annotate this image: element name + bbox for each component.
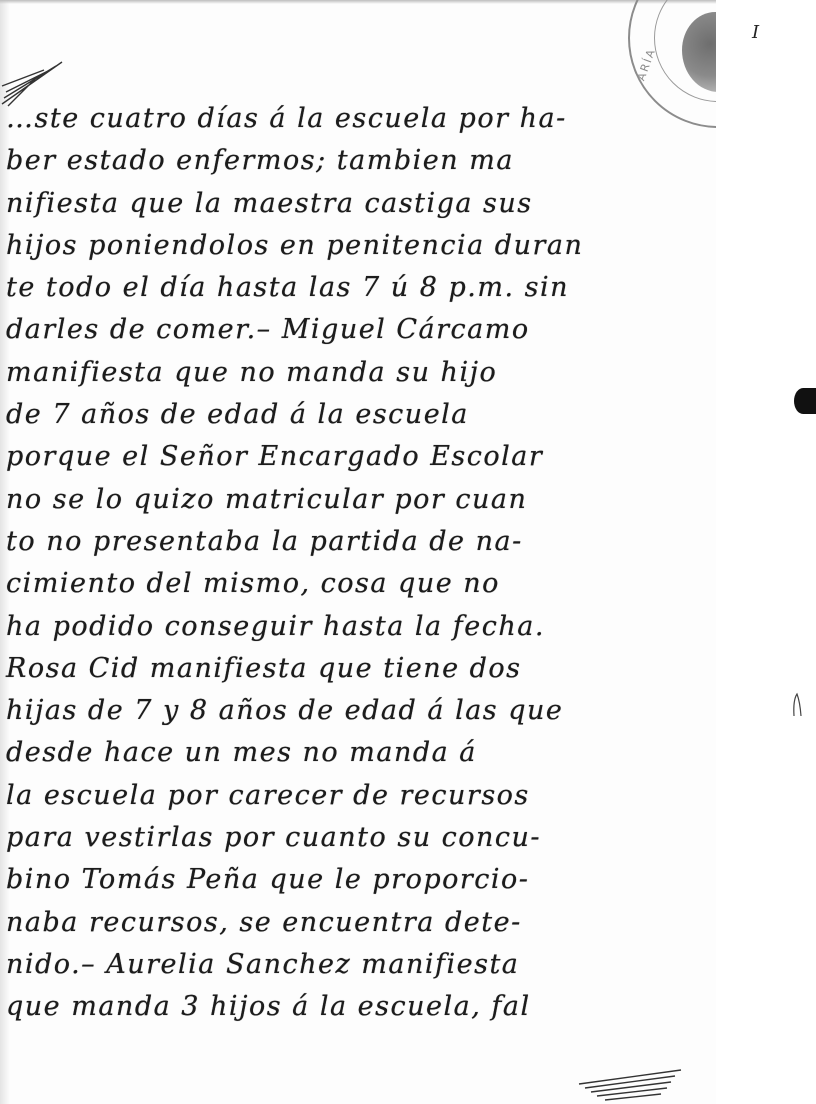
end-scribble-icon <box>575 1068 685 1104</box>
text-line-21: nido.– Aurelia Sanchez manifiesta <box>6 944 686 986</box>
text-line-18: para vestirlas por cuanto su concu- <box>6 817 686 859</box>
text-line-15: hijas de 7 y 8 años de edad á las que <box>6 690 686 732</box>
text-line-20: naba recursos, se encuentra dete- <box>6 902 686 944</box>
page-right-margin <box>716 0 816 1104</box>
text-line-13: ha podido conseguir hasta la fecha. <box>6 606 686 648</box>
text-line-3: nifiesta que la maestra castiga sus <box>6 183 686 225</box>
folio-mark: I <box>752 22 759 43</box>
text-line-6: darles de comer.– Miguel Cárcamo <box>6 309 686 351</box>
text-line-2: ber estado enfermos; tambien ma <box>6 140 686 182</box>
text-line-14: Rosa Cid manifiesta que tiene dos <box>6 648 686 690</box>
text-line-22: que manda 3 hijos á la escuela, fal <box>6 986 686 1028</box>
text-line-11: to no presentaba la partida de na- <box>6 521 686 563</box>
text-line-19: bino Tomás Peña que le proporcio- <box>6 859 686 901</box>
text-line-16: desde hace un mes no manda á <box>6 732 686 774</box>
text-line-5: te todo el día hasta las 7 ú 8 p.m. sin <box>6 267 686 309</box>
text-line-17: la escuela por carecer de recursos <box>6 775 686 817</box>
text-line-12: cimiento del mismo, cosa que no <box>6 563 686 605</box>
manuscript-page: COMISARÍA DE PO I …ste cuatro días á la … <box>0 0 816 1104</box>
text-line-4: hijos poniendolos en penitencia duran <box>6 225 686 267</box>
text-line-7: manifiesta que no manda su hijo <box>6 352 686 394</box>
edge-mark-icon <box>792 692 802 720</box>
binding-hole-mark <box>794 388 816 414</box>
text-line-9: porque el Señor Encargado Escolar <box>6 436 686 478</box>
text-line-10: no se lo quizo matricular por cuan <box>6 479 686 521</box>
text-line-8: de 7 años de edad á la escuela <box>6 394 686 436</box>
page-top-edge <box>0 0 716 4</box>
text-line-1: …ste cuatro días á la escuela por ha- <box>6 98 686 140</box>
handwritten-text-body: …ste cuatro días á la escuela por ha- be… <box>6 98 686 1029</box>
